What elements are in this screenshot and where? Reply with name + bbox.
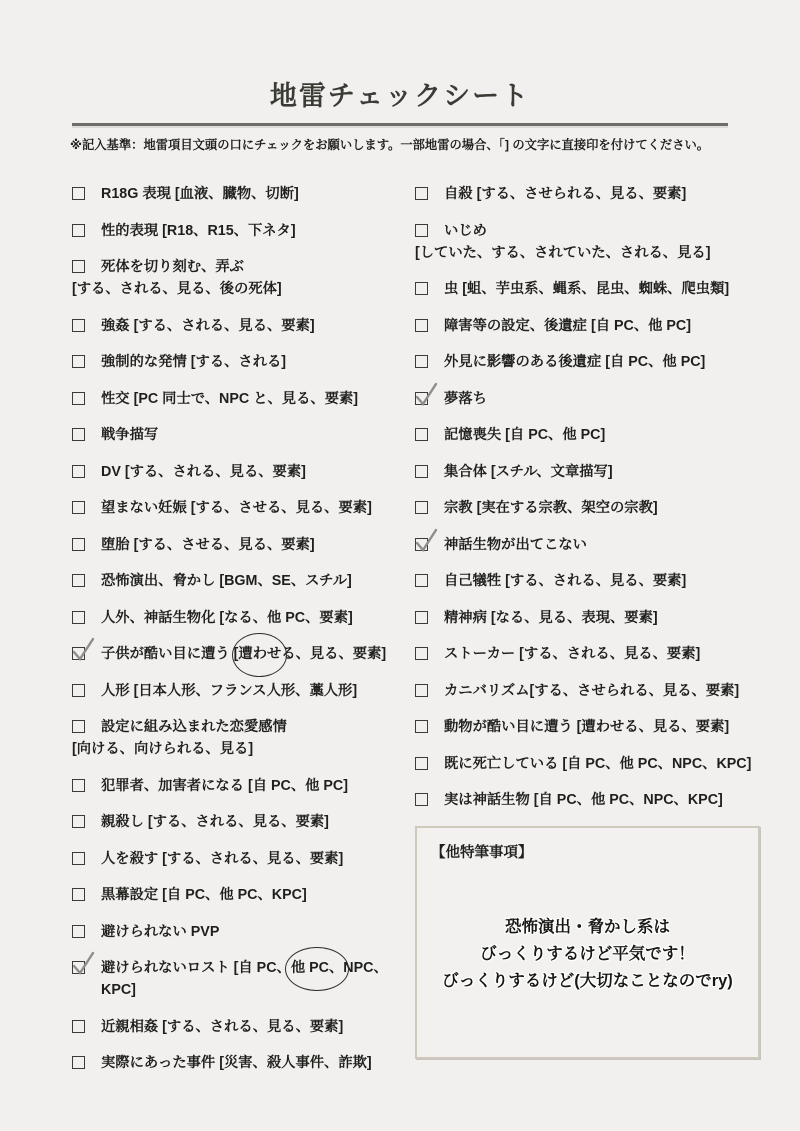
checklist-item-label: 自殺 [する、させられる、見る、要素] bbox=[444, 183, 760, 205]
page-title: 地雷チェックシート bbox=[0, 0, 800, 113]
label-text: 自殺 [する、させられる、見る、要素] bbox=[444, 186, 686, 202]
checklist-item: 避けられないロスト [自 PC、他 PC、NPC、KPC] bbox=[72, 957, 415, 1001]
right-column-items: 自殺 [する、させられる、見る、要素]いじめ[していた、する、されていた、される… bbox=[415, 183, 760, 811]
checkbox[interactable] bbox=[415, 282, 428, 295]
checkbox[interactable] bbox=[415, 187, 428, 200]
checklist-item: 虫 [蛆、芋虫系、蝿系、昆虫、蜘蛛、爬虫類] bbox=[415, 278, 760, 300]
checklist-item: 性交 [PC 同士で、NPC と、見る、要素] bbox=[72, 388, 415, 410]
checkbox[interactable] bbox=[415, 428, 428, 441]
handwritten-checkmark-icon bbox=[70, 950, 97, 977]
check-sheet-page: 地雷チェックシート ※記入基準：地雷項目文頭の口にチェックをお願いします。一部地… bbox=[0, 0, 800, 1131]
checklist-item-label: 避けられないロスト [自 PC、他 PC、NPC、KPC] bbox=[101, 957, 415, 1001]
checklist-item: 記憶喪失 [自 PC、他 PC] bbox=[415, 424, 760, 446]
checklist-item-label: 死体を切り刻む、弄ぶ[する、される、見る、後の死体] bbox=[101, 256, 415, 300]
checklist-item-label: 黒幕設定 [自 PC、他 PC、KPC] bbox=[101, 884, 415, 906]
checklist-item: 人を殺す [する、される、見る、要素] bbox=[72, 848, 415, 870]
checkbox[interactable] bbox=[415, 611, 428, 624]
label-text: 精神病 [なる、見る、表現、要素] bbox=[444, 610, 658, 626]
checkbox[interactable] bbox=[72, 428, 85, 441]
checklist-item: カニバリズム[する、させられる、見る、要素] bbox=[415, 680, 760, 702]
label-text: 性的表現 [R18、R15、下ネタ] bbox=[101, 223, 296, 239]
checklist-item-label: 人を殺す [する、される、見る、要素] bbox=[101, 848, 415, 870]
checklist-item: ストーカー [する、される、見る、要素] bbox=[415, 643, 760, 665]
checklist-item-label: 望まない妊娠 [する、させる、見る、要素] bbox=[101, 497, 415, 519]
label-text: 設定に組み込まれた恋愛感情 bbox=[101, 719, 287, 735]
checklist-item: 望まない妊娠 [する、させる、見る、要素] bbox=[72, 497, 415, 519]
right-column: 自殺 [する、させられる、見る、要素]いじめ[していた、する、されていた、される… bbox=[415, 183, 760, 1059]
label-text-wrapped: [していた、する、されていた、される、見る] bbox=[415, 242, 760, 264]
checklist-item: 宗教 [実在する宗教、架空の宗教] bbox=[415, 497, 760, 519]
checklist-item: 実は神話生物 [自 PC、他 PC、NPC、KPC] bbox=[415, 789, 760, 811]
checklist-item: 強姦 [する、される、見る、要素] bbox=[72, 315, 415, 337]
checklist-item-label: 自己犠牲 [する、される、見る、要素] bbox=[444, 570, 760, 592]
handwritten-checkmark-icon bbox=[70, 636, 97, 663]
checkbox[interactable] bbox=[72, 574, 85, 587]
checklist-item: 性的表現 [R18、R15、下ネタ] bbox=[72, 220, 415, 242]
label-text: 宗教 [実在する宗教、架空の宗教] bbox=[444, 500, 658, 516]
label-text: 実は神話生物 [自 PC、他 PC、NPC、KPC] bbox=[444, 792, 723, 808]
special-notes-heading: 【他特筆事項】 bbox=[431, 841, 744, 862]
label-text: カニバリズム[する、させられる、見る、要素] bbox=[444, 683, 739, 699]
checklist-item-label: 外見に影響のある後遺症 [自 PC、他 PC] bbox=[444, 351, 760, 373]
checkbox[interactable] bbox=[72, 465, 85, 478]
checklist-item-label: R18G 表現 [血液、臓物、切断] bbox=[101, 183, 415, 205]
checkbox[interactable] bbox=[72, 852, 85, 865]
checkbox[interactable] bbox=[415, 684, 428, 697]
label-text: ストーカー [する、される、見る、要素] bbox=[444, 646, 700, 662]
label-text: 夢落ち bbox=[444, 391, 487, 407]
checklist-item-label: 宗教 [実在する宗教、架空の宗教] bbox=[444, 497, 760, 519]
checkbox-checked[interactable] bbox=[72, 961, 85, 974]
label-text: 虫 [蛆、芋虫系、蝿系、昆虫、蜘蛛、爬虫類] bbox=[444, 281, 729, 297]
checkbox[interactable] bbox=[415, 793, 428, 806]
left-column: R18G 表現 [血液、臓物、切断]性的表現 [R18、R15、下ネタ]死体を切… bbox=[72, 183, 415, 1089]
checklist-item-label: 神話生物が出てこない bbox=[444, 534, 760, 556]
checkbox[interactable] bbox=[72, 260, 85, 273]
checklist-item-label: 犯罪者、加害者になる [自 PC、他 PC] bbox=[101, 775, 415, 797]
checklist-item-label: 強制的な発情 [する、される] bbox=[101, 351, 415, 373]
checklist-item: 子供が酷い目に遭う [遭わせる、見る、要素] bbox=[72, 643, 415, 665]
circled-word: 他 PC、 bbox=[291, 957, 343, 979]
checklist-item-label: 子供が酷い目に遭う [遭わせる、見る、要素] bbox=[101, 643, 415, 665]
checkbox[interactable] bbox=[72, 1056, 85, 1069]
checkbox[interactable] bbox=[415, 501, 428, 514]
label-text: 動物が酷い目に遭う [遭わせる、見る、要素] bbox=[444, 719, 729, 735]
checkbox-checked[interactable] bbox=[415, 538, 428, 551]
checkbox[interactable] bbox=[72, 611, 85, 624]
checklist-item: 人外、神話生物化 [なる、他 PC、要素] bbox=[72, 607, 415, 629]
checklist-item: 障害等の設定、後遺症 [自 PC、他 PC] bbox=[415, 315, 760, 337]
special-notes-line: 恐怖演出・脅かし系は bbox=[431, 914, 744, 941]
checklist-item-label: 人外、神話生物化 [なる、他 PC、要素] bbox=[101, 607, 415, 629]
label-text: 子供が酷い目に遭う [ bbox=[101, 646, 238, 662]
checklist-item-label: 近親相姦 [する、される、見る、要素] bbox=[101, 1016, 415, 1038]
checkbox[interactable] bbox=[415, 757, 428, 770]
checklist-item: いじめ[していた、する、されていた、される、見る] bbox=[415, 220, 760, 264]
checklist-item: 動物が酷い目に遭う [遭わせる、見る、要素] bbox=[415, 716, 760, 738]
label-text: 死体を切り刻む、弄ぶ bbox=[101, 259, 244, 275]
label-text: 戦争描写 bbox=[101, 427, 158, 443]
label-text: 犯罪者、加害者になる [自 PC、他 PC] bbox=[101, 778, 348, 794]
label-text-wrapped: [向ける、向けられる、見る] bbox=[72, 738, 415, 760]
label-text: DV [する、される、見る、要素] bbox=[101, 464, 306, 480]
checkbox[interactable] bbox=[415, 465, 428, 478]
checkbox[interactable] bbox=[415, 224, 428, 237]
label-text: 黒幕設定 [自 PC、他 PC、KPC] bbox=[101, 887, 307, 903]
checklist-item-label: 実際にあった事件 [災害、殺人事件、詐欺] bbox=[101, 1052, 415, 1074]
checklist-item: 既に死亡している [自 PC、他 PC、NPC、KPC] bbox=[415, 753, 760, 775]
checklist-item: 避けられない PVP bbox=[72, 921, 415, 943]
label-text: 人外、神話生物化 [なる、他 PC、要素] bbox=[101, 610, 353, 626]
checklist-item-label: カニバリズム[する、させられる、見る、要素] bbox=[444, 680, 760, 702]
checklist-item-label: 記憶喪失 [自 PC、他 PC] bbox=[444, 424, 760, 446]
checklist-item-label: 夢落ち bbox=[444, 388, 760, 410]
label-text: 避けられない PVP bbox=[101, 924, 219, 940]
checkbox[interactable] bbox=[72, 888, 85, 901]
checklist-item: 集合体 [スチル、文章描写] bbox=[415, 461, 760, 483]
checklist-item: 親殺し [する、される、見る、要素] bbox=[72, 811, 415, 833]
checklist-item: R18G 表現 [血液、臓物、切断] bbox=[72, 183, 415, 205]
checklist-item-label: 堕胎 [する、させる、見る、要素] bbox=[101, 534, 415, 556]
label-text: 避けられないロスト [自 PC、 bbox=[101, 960, 291, 976]
checklist-item: 恐怖演出、脅かし [BGM、SE、スチル] bbox=[72, 570, 415, 592]
label-text: 性交 [PC 同士で、NPC と、見る、要素] bbox=[101, 391, 358, 407]
checklist-item: 自己犠牲 [する、される、見る、要素] bbox=[415, 570, 760, 592]
checkbox[interactable] bbox=[72, 1020, 85, 1033]
instruction-note: ※記入基準：地雷項目文頭の口にチェックをお願いします。一部地雷の場合、「] の文… bbox=[70, 137, 730, 154]
checklist-item-label: 人形 [日本人形、フランス人形、藁人形] bbox=[101, 680, 415, 702]
checklist-item-label: 既に死亡している [自 PC、他 PC、NPC、KPC] bbox=[444, 753, 760, 775]
checklist-item: 設定に組み込まれた恋愛感情[向ける、向けられる、見る] bbox=[72, 716, 415, 760]
checklist-columns: R18G 表現 [血液、臓物、切断]性的表現 [R18、R15、下ネタ]死体を切… bbox=[0, 183, 800, 1089]
checklist-item: 死体を切り刻む、弄ぶ[する、される、見る、後の死体] bbox=[72, 256, 415, 300]
checklist-item: 精神病 [なる、見る、表現、要素] bbox=[415, 607, 760, 629]
checklist-item-label: いじめ[していた、する、されていた、される、見る] bbox=[444, 220, 760, 264]
label-text: る、見る、要素] bbox=[281, 646, 386, 662]
checklist-item: 実際にあった事件 [災害、殺人事件、詐欺] bbox=[72, 1052, 415, 1074]
checklist-item-label: 戦争描写 bbox=[101, 424, 415, 446]
checklist-item-label: 性交 [PC 同士で、NPC と、見る、要素] bbox=[101, 388, 415, 410]
checklist-item-label: 虫 [蛆、芋虫系、蝿系、昆虫、蜘蛛、爬虫類] bbox=[444, 278, 760, 300]
checkbox[interactable] bbox=[415, 574, 428, 587]
checklist-item-label: 避けられない PVP bbox=[101, 921, 415, 943]
label-text: 堕胎 [する、させる、見る、要素] bbox=[101, 537, 315, 553]
label-text: 恐怖演出、脅かし [BGM、SE、スチル] bbox=[101, 573, 352, 589]
checklist-item: 近親相姦 [する、される、見る、要素] bbox=[72, 1016, 415, 1038]
checkbox[interactable] bbox=[415, 319, 428, 332]
checklist-item-label: 精神病 [なる、見る、表現、要素] bbox=[444, 607, 760, 629]
checkbox[interactable] bbox=[72, 319, 85, 332]
checklist-item-label: 親殺し [する、される、見る、要素] bbox=[101, 811, 415, 833]
checklist-item-label: DV [する、される、見る、要素] bbox=[101, 461, 415, 483]
special-notes-text: 恐怖演出・脅かし系は びっくりするけど平気です！ びっくりするけど(大切なことな… bbox=[431, 914, 744, 995]
label-text: 記憶喪失 [自 PC、他 PC] bbox=[444, 427, 605, 443]
checkbox-checked[interactable] bbox=[72, 647, 85, 660]
checklist-item: 犯罪者、加害者になる [自 PC、他 PC] bbox=[72, 775, 415, 797]
checkbox[interactable] bbox=[72, 538, 85, 551]
checkbox[interactable] bbox=[72, 779, 85, 792]
checkbox[interactable] bbox=[72, 925, 85, 938]
checklist-item-label: 実は神話生物 [自 PC、他 PC、NPC、KPC] bbox=[444, 789, 760, 811]
label-text: 人を殺す [する、される、見る、要素] bbox=[101, 851, 343, 867]
checklist-item: 夢落ち bbox=[415, 388, 760, 410]
checkbox[interactable] bbox=[72, 224, 85, 237]
special-notes-box: 【他特筆事項】 恐怖演出・脅かし系は びっくりするけど平気です！ びっくりするけ… bbox=[415, 826, 760, 1059]
label-text: 外見に影響のある後遺症 [自 PC、他 PC] bbox=[444, 354, 705, 370]
special-notes-line: びっくりするけど平気です！ bbox=[431, 941, 744, 968]
label-text: 障害等の設定、後遺症 [自 PC、他 PC] bbox=[444, 318, 691, 334]
handwritten-checkmark-icon bbox=[413, 381, 440, 408]
checklist-item: 人形 [日本人形、フランス人形、藁人形] bbox=[72, 680, 415, 702]
checklist-item-label: ストーカー [する、される、見る、要素] bbox=[444, 643, 760, 665]
checklist-item: 戦争描写 bbox=[72, 424, 415, 446]
checklist-item: 堕胎 [する、させる、見る、要素] bbox=[72, 534, 415, 556]
label-text: いじめ bbox=[444, 223, 487, 239]
circled-word: 遭わせ bbox=[238, 643, 281, 665]
special-notes-line: びっくりするけど(大切なことなのでry) bbox=[431, 968, 744, 995]
checklist-item: 黒幕設定 [自 PC、他 PC、KPC] bbox=[72, 884, 415, 906]
checklist-item-label: 障害等の設定、後遺症 [自 PC、他 PC] bbox=[444, 315, 760, 337]
title-divider bbox=[72, 123, 728, 128]
checklist-item-label: 強姦 [する、される、見る、要素] bbox=[101, 315, 415, 337]
checkbox[interactable] bbox=[72, 392, 85, 405]
label-text: 強制的な発情 [する、される] bbox=[101, 354, 286, 370]
checklist-item-label: 恐怖演出、脅かし [BGM、SE、スチル] bbox=[101, 570, 415, 592]
label-text: 実際にあった事件 [災害、殺人事件、詐欺] bbox=[101, 1055, 372, 1071]
label-text: 集合体 [スチル、文章描写] bbox=[444, 464, 613, 480]
checkbox[interactable] bbox=[415, 647, 428, 660]
label-text-wrapped: [する、される、見る、後の死体] bbox=[72, 278, 415, 300]
label-text: 自己犠牲 [する、される、見る、要素] bbox=[444, 573, 686, 589]
label-text: 親殺し [する、される、見る、要素] bbox=[101, 814, 329, 830]
label-text: 既に死亡している [自 PC、他 PC、NPC、KPC] bbox=[444, 756, 751, 772]
label-text: 神話生物が出てこない bbox=[444, 537, 587, 553]
label-text: 近親相姦 [する、される、見る、要素] bbox=[101, 1019, 343, 1035]
checkbox[interactable] bbox=[415, 355, 428, 368]
checklist-item-label: 動物が酷い目に遭う [遭わせる、見る、要素] bbox=[444, 716, 760, 738]
checkbox-checked[interactable] bbox=[415, 392, 428, 405]
checklist-item-label: 集合体 [スチル、文章描写] bbox=[444, 461, 760, 483]
checkbox[interactable] bbox=[415, 720, 428, 733]
checklist-item: 神話生物が出てこない bbox=[415, 534, 760, 556]
handwritten-checkmark-icon bbox=[413, 527, 440, 554]
checklist-item: 外見に影響のある後遺症 [自 PC、他 PC] bbox=[415, 351, 760, 373]
checklist-item: 自殺 [する、させられる、見る、要素] bbox=[415, 183, 760, 205]
checkbox[interactable] bbox=[72, 187, 85, 200]
checkbox[interactable] bbox=[72, 684, 85, 697]
checklist-item: 強制的な発情 [する、される] bbox=[72, 351, 415, 373]
checkbox[interactable] bbox=[72, 720, 85, 733]
checkbox[interactable] bbox=[72, 355, 85, 368]
checklist-item-label: 設定に組み込まれた恋愛感情[向ける、向けられる、見る] bbox=[101, 716, 415, 760]
checklist-item-label: 性的表現 [R18、R15、下ネタ] bbox=[101, 220, 415, 242]
checklist-item: DV [する、される、見る、要素] bbox=[72, 461, 415, 483]
label-text: 強姦 [する、される、見る、要素] bbox=[101, 318, 315, 334]
label-text: 人形 [日本人形、フランス人形、藁人形] bbox=[101, 683, 357, 699]
label-text: R18G 表現 [血液、臓物、切断] bbox=[101, 186, 299, 202]
checkbox[interactable] bbox=[72, 815, 85, 828]
label-text: 望まない妊娠 [する、させる、見る、要素] bbox=[101, 500, 372, 516]
checkbox[interactable] bbox=[72, 501, 85, 514]
